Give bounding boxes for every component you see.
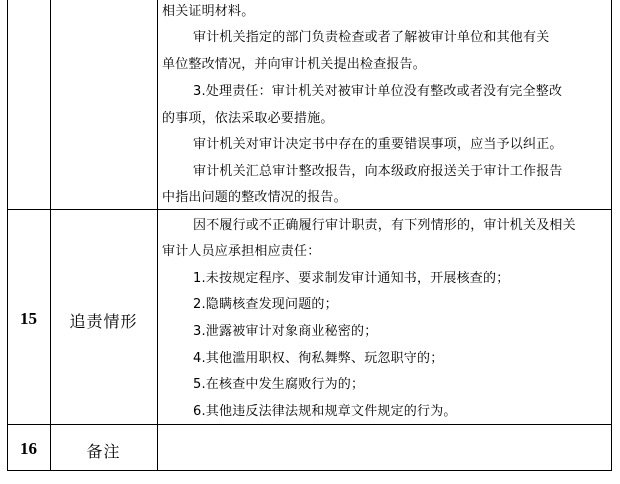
column-divider-number: [50, 0, 51, 471]
content-line: 5.在核查中发生腐败行为的；: [193, 377, 364, 393]
remarks-content-cell: [158, 425, 611, 470]
row-item-label: 备注: [50, 439, 157, 462]
column-divider-item: [157, 0, 158, 471]
content-line: 审计机关对审计决定书中存在的重要错误事项，应当予以纠正。: [193, 137, 563, 153]
row-number: 16: [7, 439, 50, 459]
content-line: 单位整改情况，并向审计机关提出检查报告。: [162, 57, 426, 73]
content-line: 审计机关汇总审计整改报告，向本级政府报送关于审计工作报告: [193, 164, 563, 180]
row-number: 15: [7, 309, 50, 329]
content-line: 2.隐瞒核查发现问题的；: [193, 297, 338, 313]
row-item-label: 追责情形: [50, 309, 157, 332]
content-line: 4.其他滥用职权、徇私舞弊、玩忽职守的；: [193, 351, 443, 367]
table-border-right: [611, 0, 612, 471]
content-line: 审计机关指定的部门负责检查或者了解被审计单位和其他有关: [193, 30, 549, 46]
table-border-bottom: [7, 470, 612, 471]
row-divider-14-15: [7, 209, 612, 210]
content-line: 审计人员应承担相应责任：: [162, 244, 320, 260]
content-line: 相关证明材料。: [162, 4, 254, 20]
content-line: 的事项，依法采取必要措施。: [162, 111, 334, 127]
content-line: 1.未按规定程序、要求制发审计通知书，开展核查的；: [193, 271, 509, 287]
content-line: 中指出问题的整改情况的报告。: [162, 190, 347, 206]
content-line: 3.处理责任：审计机关对被审计单位没有整改或者没有完全整改: [193, 84, 562, 100]
content-line: 3.泄露被审计对象商业秘密的；: [193, 324, 377, 340]
table-border-left: [7, 0, 8, 471]
content-line: 因不履行或不正确履行审计职责，有下列情形的，审计机关及相关: [193, 218, 576, 234]
content-line: 6.其他违反法律法规和规章文件规定的行为。: [193, 404, 457, 420]
